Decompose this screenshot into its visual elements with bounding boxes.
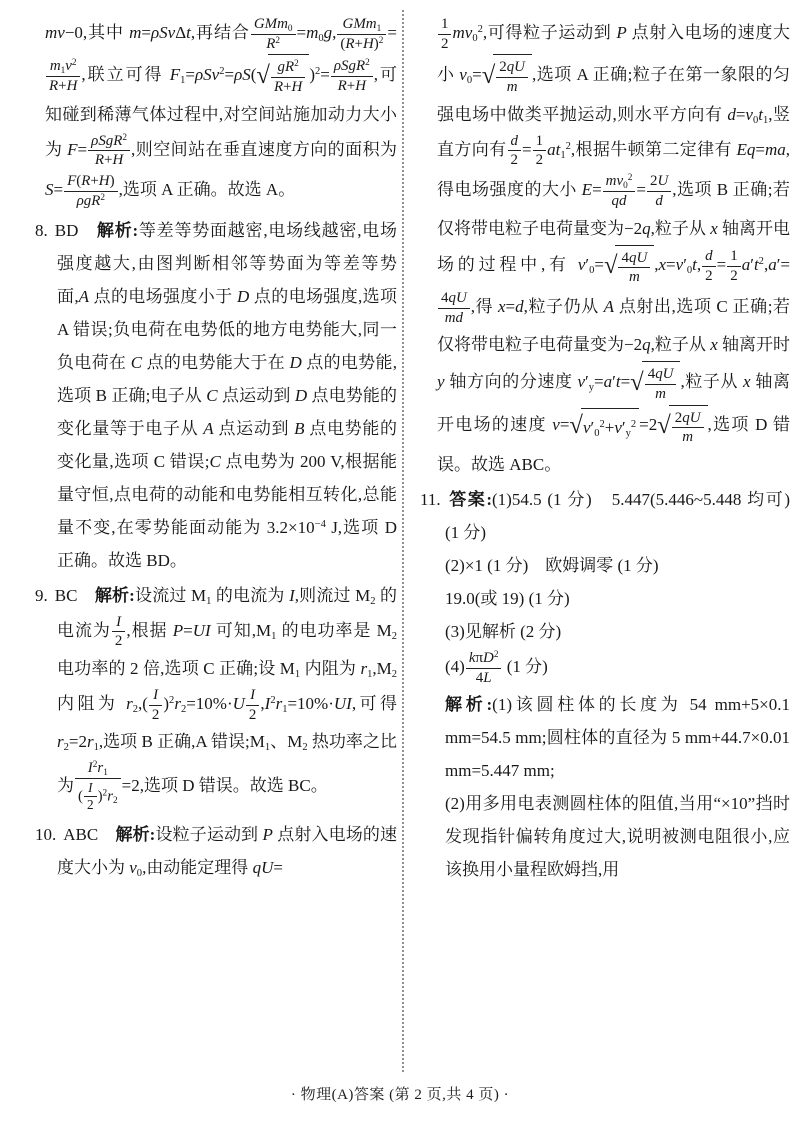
answer-line: (2)×1 (1 分) 欧姆调零 (1 分) (445, 549, 790, 582)
item-body: 答案:(1)54.5 (1 分) 5.447(5.446~5.448 均可) (… (445, 490, 790, 542)
page-footer: · 物理(A)答案 (第 2 页,共 4 页) · (0, 1083, 800, 1104)
answer-item-10: 10.ABC 解析:设粒子运动到 P 点射入电场的速度大小为 v0,由动能定理得… (35, 818, 397, 884)
solution-line: (2)用多用电表测圆柱体的阻值,当用“×10”挡时发现指针偏转角度过大,说明被测… (445, 787, 790, 886)
item-number: 9. (35, 586, 48, 605)
left-column: mv−0,其中 m=ρSvΔt,再结合GMm0R2=m0g,GMm1(R+H)2… (35, 14, 397, 886)
solution-text: 12mv02,可得粒子运动到 P 点射入电场的速度大小 v0=√2qUm,选项 … (437, 23, 790, 474)
answer-item-9: 9.BC 解析:设流过 M1 的电流为 I,则流过 M2 的电流为I2,根据 P… (35, 579, 397, 816)
solution-continuation-q10: 12mv02,可得粒子运动到 P 点射入电场的速度大小 v0=√2qUm,选项 … (437, 14, 790, 481)
item-number: 11. (420, 490, 441, 509)
item-number: 8. (35, 221, 48, 240)
answer-sheet-page: mv−0,其中 m=ρSvΔt,再结合GMm0R2=m0g,GMm1(R+H)2… (0, 0, 800, 1130)
answer-item-11: 11.答案:(1)54.5 (1 分) 5.447(5.446~5.448 均可… (420, 483, 790, 886)
item-body: BC 解析:设流过 M1 的电流为 I,则流过 M2 的电流为I2,根据 P=U… (55, 586, 397, 795)
answer-line: (4)kπD24L (1 分) (445, 648, 790, 688)
right-column: 12mv02,可得粒子运动到 P 点射入电场的速度大小 v0=√2qUm,选项 … (420, 14, 790, 888)
solution-line: 解析:(1)该圆柱体的长度为 54 mm+5×0.1 mm=54.5 mm;圆柱… (445, 688, 790, 787)
column-divider (402, 10, 404, 1072)
solution-continuation-q7: mv−0,其中 m=ρSvΔt,再结合GMm0R2=m0g,GMm1(R+H)2… (45, 14, 397, 212)
item-body: ABC 解析:设粒子运动到 P 点射入电场的速度大小为 v0,由动能定理得 qU… (57, 825, 397, 877)
solution-text: mv−0,其中 m=ρSvΔt,再结合GMm0R2=m0g,GMm1(R+H)2… (45, 23, 397, 199)
answer-line: 19.0(或 19) (1 分) (445, 582, 790, 615)
item-body: BD 解析:等差等势面越密,电场线越密,电场强度越大,由图判断相邻等势面为等差等… (55, 221, 397, 570)
answer-item-8: 8.BD 解析:等差等势面越密,电场线越密,电场强度越大,由图判断相邻等势面为等… (35, 214, 397, 577)
item-number: 10. (35, 825, 56, 844)
answer-line: (3)见解析 (2 分) (445, 615, 790, 648)
